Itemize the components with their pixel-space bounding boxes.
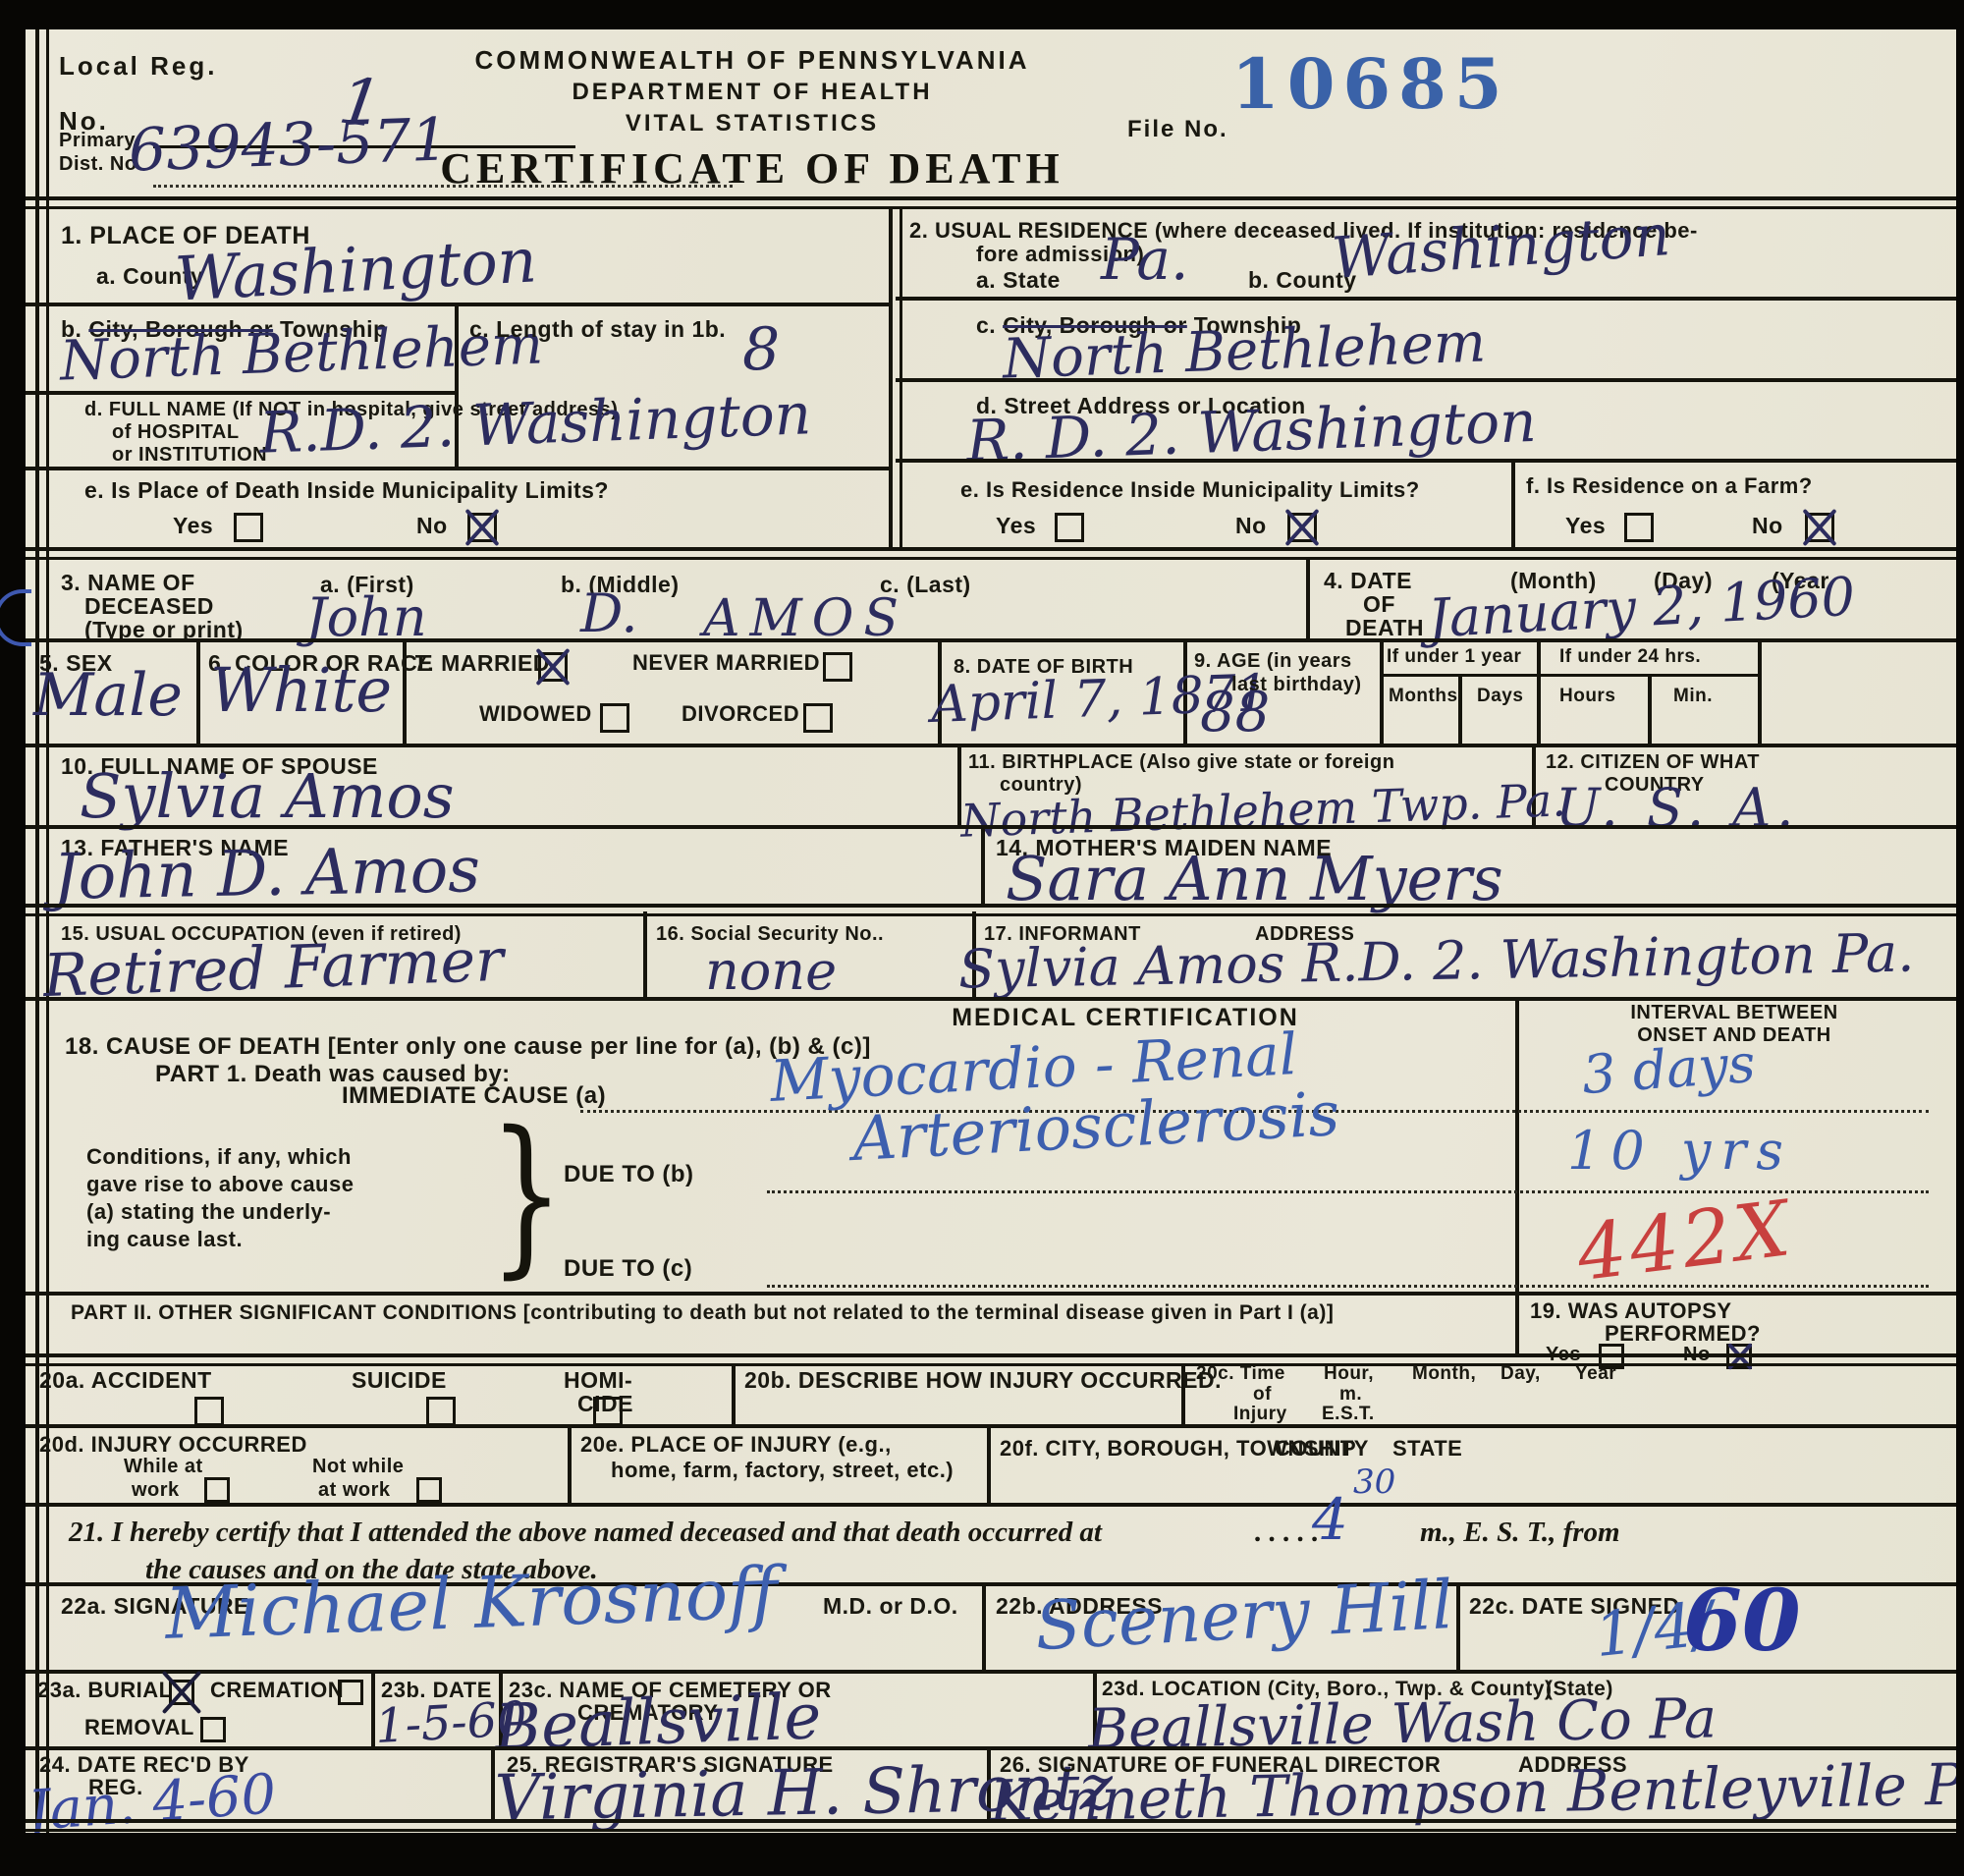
local-reg-label: Local Reg. xyxy=(59,51,217,82)
rule xyxy=(1511,459,1515,547)
rule xyxy=(987,1424,991,1503)
name-deceased-label1: 3. NAME OF xyxy=(61,570,195,596)
rule xyxy=(982,1582,986,1670)
due-to-c-label: DUE TO (c) xyxy=(564,1255,692,1283)
months-label: Months xyxy=(1389,686,1458,707)
length-of-stay-value: 8 xyxy=(742,320,780,379)
cause-c-dotted-line xyxy=(767,1285,1929,1288)
cause-of-death-label: 18. CAUSE OF DEATH [Enter only one cause… xyxy=(65,1033,871,1061)
file-no-label: File No. xyxy=(1127,116,1228,143)
certificate-title: CERTIFICATE OF DEATH xyxy=(399,143,1106,193)
primary-label: Primary xyxy=(59,130,136,152)
certify-text-2: m., E. S. T., from xyxy=(1420,1517,1620,1549)
cremation-label: CREMATION xyxy=(210,1678,344,1703)
date-of-death-label2: OF xyxy=(1363,591,1395,618)
residence-city-prefix: c. xyxy=(976,312,996,338)
rule xyxy=(26,744,1956,747)
time-injury-label1: 20c. Time xyxy=(1196,1363,1285,1385)
citizen-label1: 12. CITIZEN OF WHAT xyxy=(1546,751,1760,774)
min-label: Min. xyxy=(1673,686,1713,707)
never-married-label: NEVER MARRIED xyxy=(632,650,820,676)
place-municipality-yes-checkbox xyxy=(234,513,263,542)
due-to-b-label: DUE TO (b) xyxy=(564,1161,694,1188)
day-label: Day, xyxy=(1500,1363,1541,1385)
accident-checkbox xyxy=(194,1397,224,1426)
rule xyxy=(732,1363,736,1424)
residence-state-label: a. State xyxy=(976,267,1061,294)
mother-name-value: Sara Ann Myers xyxy=(1006,849,1503,910)
rule xyxy=(896,297,1956,301)
at-work-label: at work xyxy=(318,1479,391,1502)
place-municipality-no-checkbox xyxy=(467,513,497,542)
medical-certification-title: MEDICAL CERTIFICATION xyxy=(811,1004,1440,1032)
residence-city-value: North Bethlehem xyxy=(1002,315,1487,387)
residence-municipality-no-label: No xyxy=(1235,513,1267,539)
hour-label: Hour, xyxy=(1324,1363,1374,1385)
rule xyxy=(26,1746,1956,1750)
rule xyxy=(1537,638,1541,744)
name-middle-value: D. xyxy=(580,587,638,640)
injury-county-label: COUNTY xyxy=(1275,1436,1369,1462)
rule xyxy=(1380,674,1758,677)
injury-occurred-label: 20d. INJURY OCCURRED xyxy=(39,1432,307,1458)
death-time-sup-value: 30 xyxy=(1353,1465,1395,1499)
rule xyxy=(26,638,1956,642)
date-of-death-label3: DEATH xyxy=(1345,615,1424,641)
days-label: Days xyxy=(1477,686,1523,707)
birthplace-label1: 11. BIRTHPLACE (Also give state or forei… xyxy=(968,751,1394,774)
rule xyxy=(1456,1582,1460,1670)
rule xyxy=(26,1353,1956,1366)
death-time-value: 4 xyxy=(1312,1491,1348,1548)
rule xyxy=(896,378,1956,382)
never-married-checkbox xyxy=(823,652,852,682)
rule xyxy=(26,904,1956,916)
rule xyxy=(568,1424,572,1503)
spouse-value: Sylvia Amos xyxy=(80,766,455,827)
describe-injury-label: 20b. DESCRIBE HOW INJURY OCCURRED. xyxy=(744,1367,1222,1394)
rule xyxy=(1758,638,1762,744)
rule xyxy=(1306,560,1310,638)
certify-dots: . . . . . xyxy=(1255,1517,1319,1549)
rule xyxy=(26,1670,1956,1674)
rule xyxy=(643,911,647,997)
file-number-stamp: 10685 xyxy=(1231,43,1510,125)
header-center: COMMONWEALTH OF PENNSYLVANIA DEPARTMENT … xyxy=(399,45,1106,193)
immediate-cause-label: IMMEDIATE CAUSE (a) xyxy=(342,1082,606,1110)
while-at-label: While at xyxy=(124,1456,203,1478)
residence-municipality-label: e. Is Residence Inside Municipality Limi… xyxy=(960,477,1420,503)
residence-farm-no-checkbox xyxy=(1805,513,1834,542)
color-race-value: White xyxy=(210,660,392,721)
suicide-checkbox xyxy=(426,1397,456,1426)
place-of-injury-label1: 20e. PLACE OF INJURY (e.g., xyxy=(580,1432,892,1458)
sex-value: Male xyxy=(33,666,183,725)
accident-label: 20a. ACCIDENT xyxy=(39,1367,212,1394)
informant-value: Sylvia Amos R.D. 2. Washington Pa. xyxy=(958,927,1915,997)
cremation-checkbox xyxy=(338,1680,363,1705)
ssn-value: none xyxy=(705,945,837,998)
conditions-brace: } xyxy=(489,1111,564,1282)
not-while-label: Not while xyxy=(312,1456,404,1478)
burial-label: 23a. BURIAL xyxy=(37,1678,173,1703)
injury-state-label: STATE xyxy=(1392,1436,1462,1462)
rule xyxy=(1458,674,1462,744)
widowed-label: WIDOWED xyxy=(479,701,592,727)
certificate-scan: Local Reg. No. 1 Primary Dist. No. 63943… xyxy=(26,29,1956,1833)
removal-label: REMOVAL xyxy=(84,1715,194,1740)
occupation-value: Retired Farmer xyxy=(42,931,505,1006)
physician-signature: Michael Krosnoff xyxy=(164,1557,779,1649)
residence-municipality-yes-label: Yes xyxy=(996,513,1036,539)
burial-checkbox xyxy=(169,1680,194,1705)
suicide-label: SUICIDE xyxy=(352,1367,447,1394)
under-24hrs-label: If under 24 hrs. xyxy=(1559,646,1701,668)
m-label: m. xyxy=(1339,1384,1362,1406)
interval-b-value: 10 yrs xyxy=(1567,1125,1793,1178)
removal-checkbox xyxy=(200,1717,226,1742)
conditions-label2: gave rise to above cause xyxy=(86,1172,354,1197)
place-of-injury-label2: home, farm, factory, street, etc.) xyxy=(611,1458,954,1483)
rule xyxy=(981,825,985,904)
while-at-work-checkbox xyxy=(204,1477,230,1503)
stray-ink-mark xyxy=(0,589,31,646)
father-name-value: John D. Amos xyxy=(52,839,480,910)
rule xyxy=(26,825,1956,829)
rule xyxy=(26,1424,1956,1428)
residence-farm-no-label: No xyxy=(1752,513,1783,539)
place-municipality-label: e. Is Place of Death Inside Municipality… xyxy=(84,477,609,504)
length-of-stay-label: c. Length of stay in 1b. xyxy=(469,316,726,343)
conditions-label3: (a) stating the underly- xyxy=(86,1199,331,1225)
rule xyxy=(26,547,1956,560)
rule xyxy=(1648,674,1652,744)
homicide-label1: HOMI- xyxy=(564,1367,632,1394)
rule xyxy=(196,638,200,744)
residence-farm-label: f. Is Residence on a Farm? xyxy=(1526,473,1813,499)
vital-statistics-line: VITAL STATISTICS xyxy=(399,110,1106,138)
conditions-label4: ing cause last. xyxy=(86,1227,243,1252)
name-last-value: AMOS xyxy=(703,593,908,644)
certify-text-1: 21. I hereby certify that I attended the… xyxy=(69,1517,1102,1549)
residence-farm-yes-label: Yes xyxy=(1565,513,1606,539)
married-label: 7. MARRIED xyxy=(414,650,550,677)
residence-farm-yes-checkbox xyxy=(1624,513,1654,542)
under-1yr-label: If under 1 year xyxy=(1387,646,1521,668)
conditions-label1: Conditions, if any, which xyxy=(86,1144,352,1170)
est-label: E.S.T. xyxy=(1322,1404,1375,1425)
age-value: 88 xyxy=(1200,686,1270,741)
name-deceased-label2: DECEASED xyxy=(84,593,214,620)
hospital-name-value: R.D. 2. Washington xyxy=(258,385,812,462)
md-do-label: M.D. or D.O. xyxy=(823,1593,958,1620)
work-label: work xyxy=(132,1479,180,1502)
residence-municipality-yes-checkbox xyxy=(1055,513,1084,542)
department-line: DEPARTMENT OF HEALTH xyxy=(399,79,1106,106)
rule xyxy=(896,459,1956,463)
age-label1: 9. AGE (in years xyxy=(1194,650,1352,673)
date-signed-year-value: 60 xyxy=(1683,1579,1801,1664)
date-of-death-value: January 2, 1960 xyxy=(1427,571,1856,646)
place-municipality-no-label: No xyxy=(416,513,448,539)
interval-label1: INTERVAL BETWEEN xyxy=(1528,1002,1940,1024)
rule xyxy=(1515,997,1519,1357)
name-first-value: John xyxy=(305,591,427,644)
rule xyxy=(26,1503,1956,1507)
date-of-death-label1: 4. DATE xyxy=(1324,568,1412,594)
commonwealth-line: COMMONWEALTH OF PENNSYLVANIA xyxy=(399,45,1106,76)
not-while-at-work-checkbox xyxy=(416,1477,442,1503)
rule xyxy=(26,997,1956,1001)
part2-label: PART II. OTHER SIGNIFICANT CONDITIONS [c… xyxy=(71,1301,1334,1325)
residence-municipality-no-checkbox xyxy=(1287,513,1317,542)
physician-address-value: Scenery Hill xyxy=(1034,1573,1455,1661)
divorced-checkbox xyxy=(803,703,833,733)
divorced-label: DIVORCED xyxy=(682,701,799,727)
hospital-name-label2: of HOSPITAL xyxy=(112,421,240,444)
time-injury-label2: of xyxy=(1253,1384,1272,1406)
hours-label: Hours xyxy=(1559,686,1615,707)
widowed-checkbox xyxy=(600,703,629,733)
rule xyxy=(26,1819,1956,1832)
place-municipality-yes-label: Yes xyxy=(173,513,213,539)
rule xyxy=(26,467,889,470)
residence-state-value: Pa. xyxy=(1101,231,1188,288)
place-county-value: Washington xyxy=(174,230,538,309)
form-left-border xyxy=(35,29,49,1833)
month-label: Month, xyxy=(1412,1363,1476,1385)
code-stamp-442x: 442X xyxy=(1573,1190,1797,1293)
year-label: Year xyxy=(1575,1363,1616,1385)
interval-a-value: 3 days xyxy=(1580,1037,1757,1102)
hospital-name-label3: or INSTITUTION xyxy=(112,444,267,467)
time-injury-label3: Injury xyxy=(1233,1404,1287,1425)
married-checkbox xyxy=(538,652,568,682)
homicide-checkbox xyxy=(593,1397,623,1426)
rule xyxy=(1380,638,1384,744)
rule xyxy=(26,1292,1956,1296)
